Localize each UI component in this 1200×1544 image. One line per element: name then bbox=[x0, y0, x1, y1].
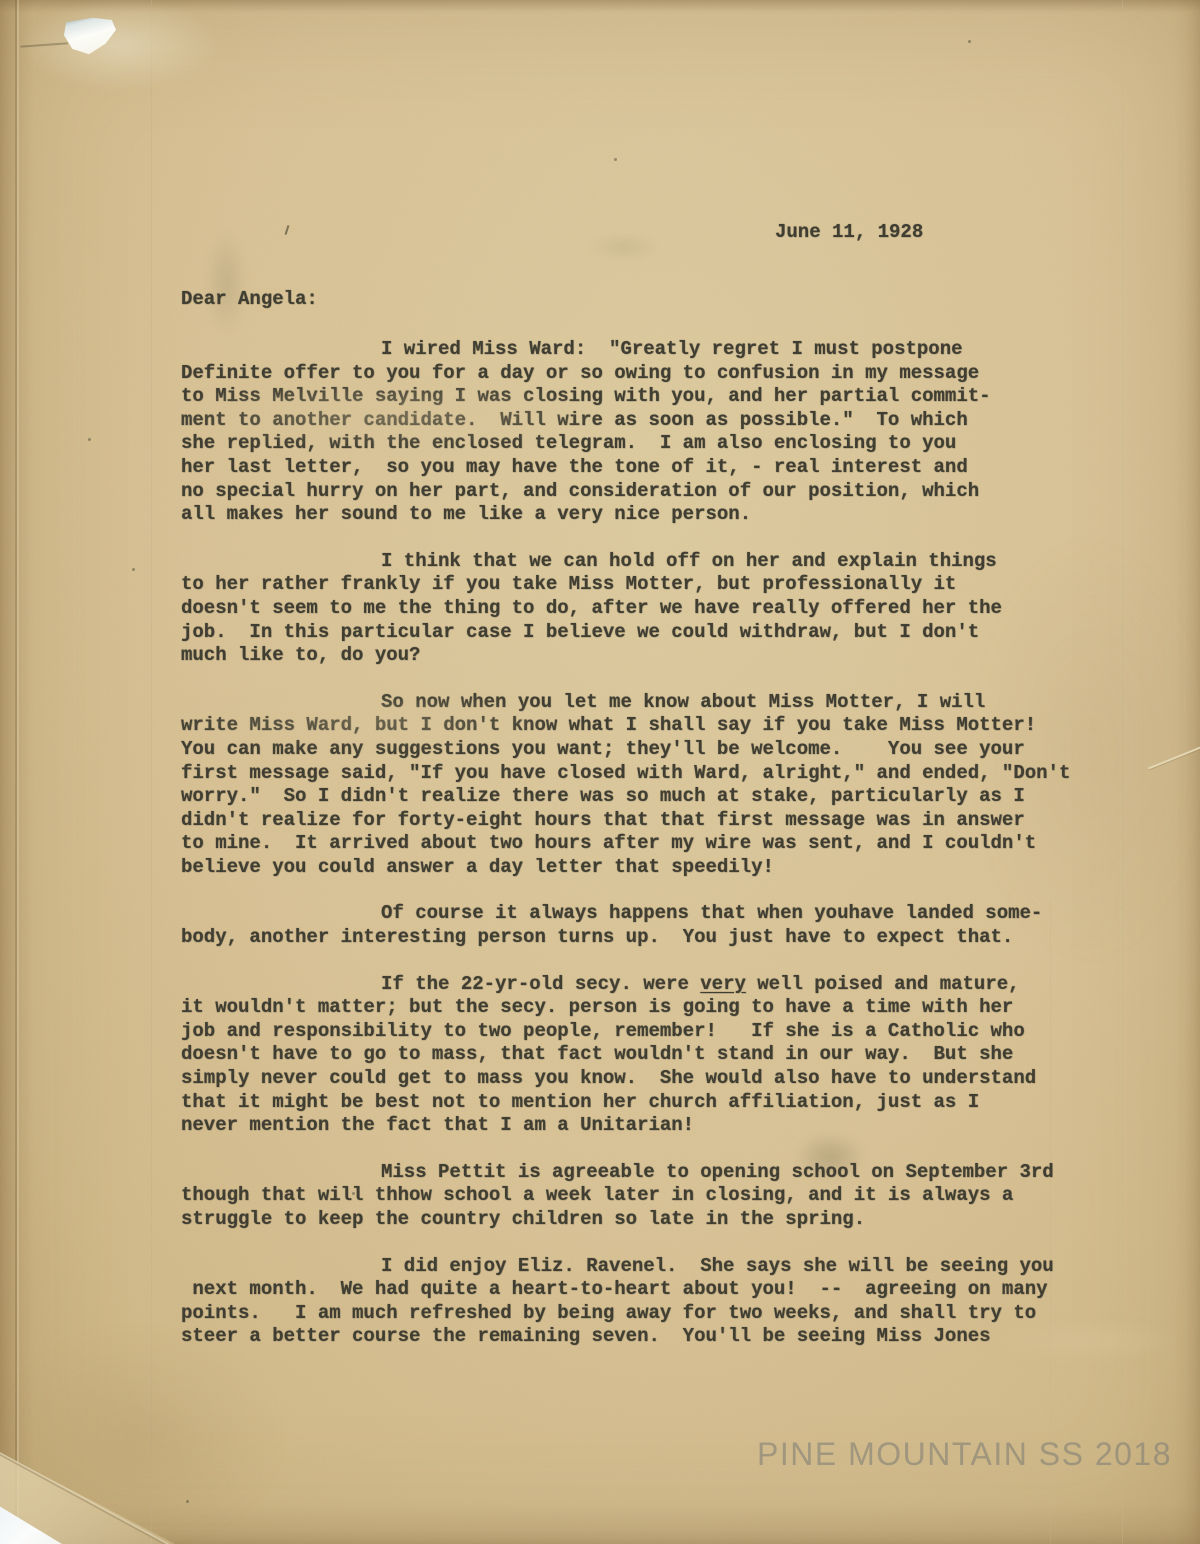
date-line: June 11, 1928 bbox=[775, 221, 923, 245]
letter-paragraph: Of course it always happens that when yo… bbox=[181, 902, 1141, 949]
scanned-letter-paper: June 11, 1928 Dear Angela: I wired Miss … bbox=[0, 0, 1200, 1544]
letter-paragraph: If the 22-yr-old secy. were very well po… bbox=[181, 973, 1141, 1138]
letter-paragraph: I wired Miss Ward: "Greatly regret I mus… bbox=[181, 338, 1141, 527]
letter-content: June 11, 1928 Dear Angela: I wired Miss … bbox=[0, 0, 1200, 1544]
paragraph-text: well poised and mature, it wouldn't matt… bbox=[181, 973, 1036, 1137]
letter-paragraph: Miss Pettit is agreeable to opening scho… bbox=[181, 1161, 1141, 1232]
letter-paragraph: I did enjoy Eliz. Ravenel. She says she … bbox=[181, 1255, 1141, 1349]
letter-paragraph: I think that we can hold off on her and … bbox=[181, 550, 1141, 668]
salutation: Dear Angela: bbox=[181, 288, 318, 312]
underlined-word: very bbox=[700, 973, 746, 995]
letter-paragraph: So now when you let me know about Miss M… bbox=[181, 691, 1141, 880]
letter-body: I wired Miss Ward: "Greatly regret I mus… bbox=[181, 338, 1141, 1349]
paragraph-text: If the 22-yr-old secy. were bbox=[381, 973, 700, 995]
